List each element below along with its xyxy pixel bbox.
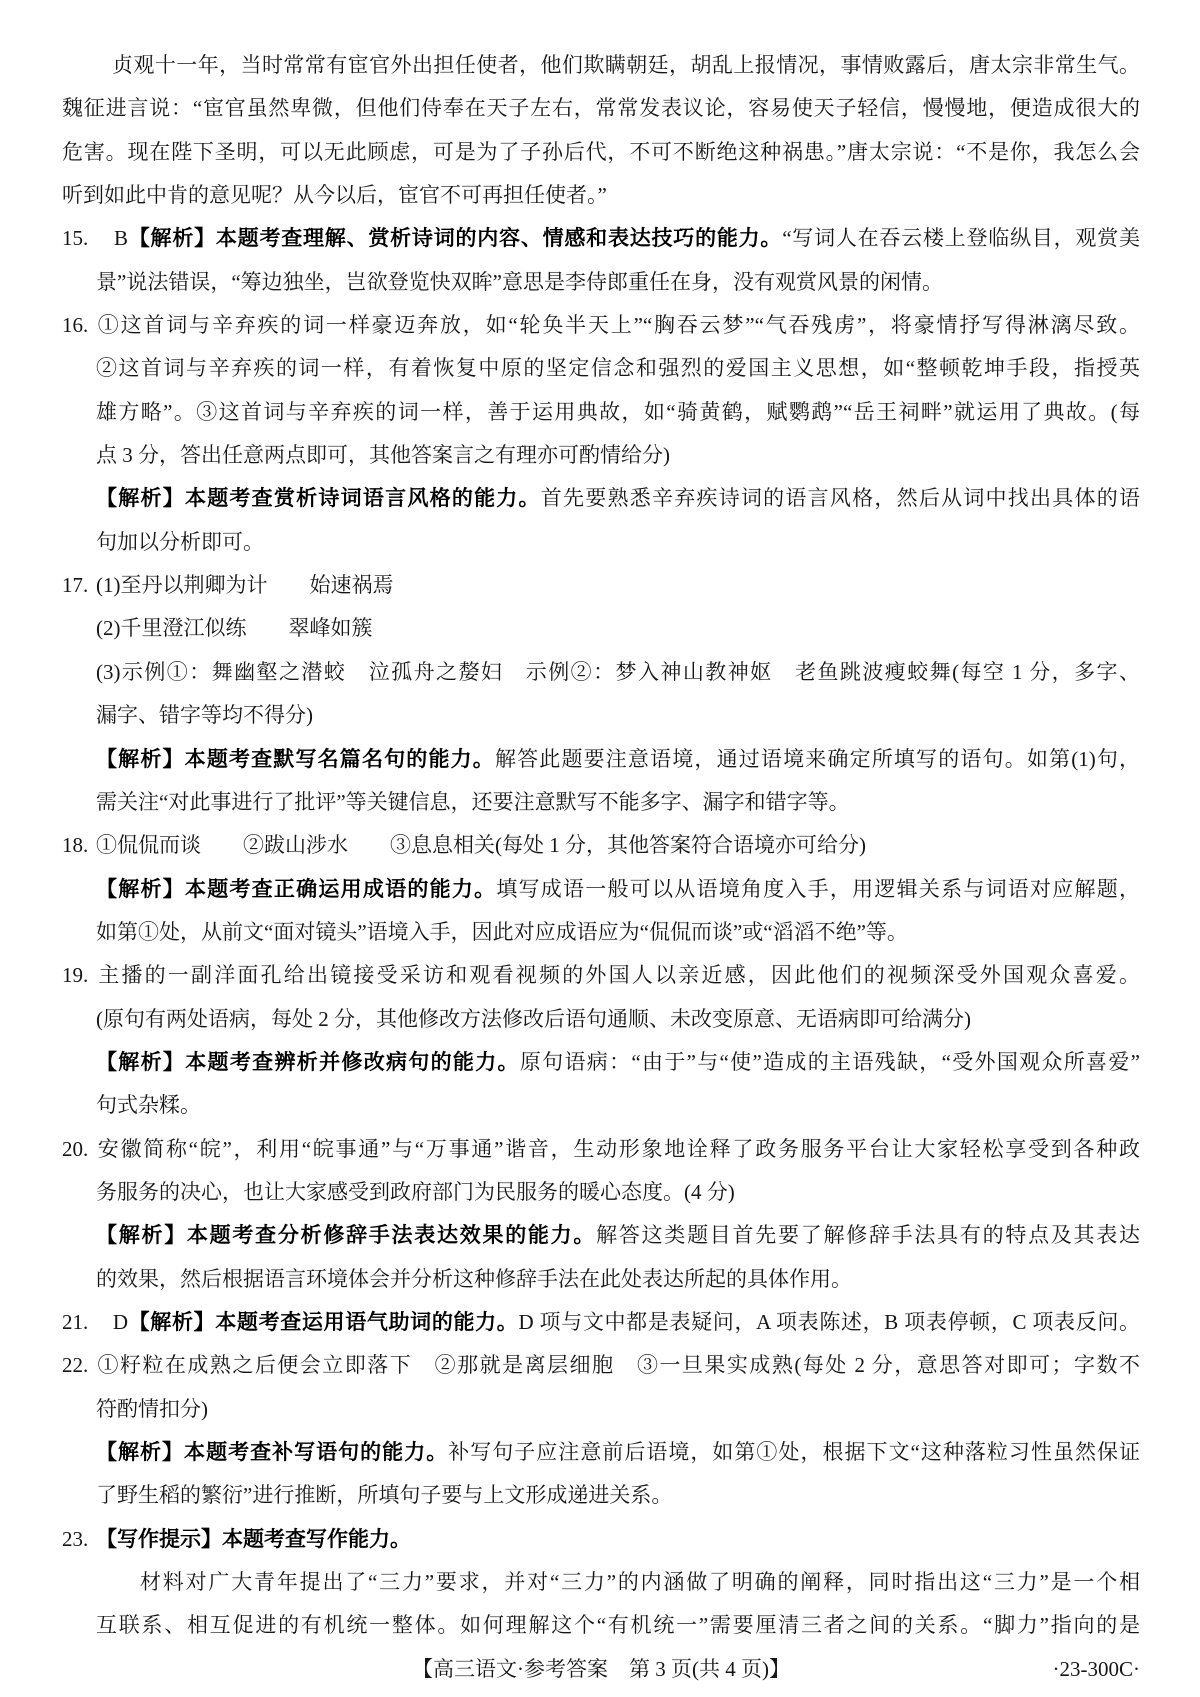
answer-key-page: 贞观十一年，当时常常有宦官外出担任使者，他们欺瞒朝廷，胡乱上报情况，事情败露后，… [0,0,1200,1697]
line-text: (原句有两处语病，每处 2 分，其他修改方法修改后语句通顺、未改变原意、无语病即… [96,1007,971,1031]
line-text: ①侃侃而谈 ②跋山涉水 ③息息相关(每处 1 分，其他答案符合语境亦可给分) [96,833,866,857]
item23-line-2: 材料对广大青年提出了“三力”要求，并对“三力”的内涵做了明确的阐释，同时指出这“… [96,1561,1140,1604]
line-text: 雄方略”。③这首词与辛弃疾的词一样，善于运用典故，如“骑黄鹤，赋鹦鹉”“岳王祠畔… [96,400,1140,424]
item-number: 22. [62,1344,96,1387]
line-text: ①籽粒在成熟之后便会立即落下 ②那就是离层细胞 ③一旦果实成熟(每处 2 分，意… [96,1353,1140,1377]
footer-page-info: 【高三语文·参考答案 第 3 页(共 4 页)】 [412,1657,790,1681]
item16-line-3: 雄方略”。③这首词与辛弃疾的词一样，善于运用典故，如“骑黄鹤，赋鹦鹉”“岳王祠畔… [96,391,1140,434]
line-text: 贞观十一年，当时常常有宦官外出担任使者，他们欺瞒朝廷，胡乱上报情况，事情败露后，… [112,53,1140,77]
item15-line-2: 景”说法错误，“筹边独坐，岂欲登览快双眸”意思是李侍郎重任在身，没有观赏风景的闲… [96,261,1140,304]
line-text: (2)千里澄江似练 翠峰如簇 [96,616,373,640]
line-text: 首先要熟悉辛弃疾诗词的语言风格，然后从词中找出具体的语 [541,486,1140,510]
line-text: 危害。现在陛下圣明，可以无此顾虑，可是为了子孙后代，不可不断绝这种祸患。”唐太宗… [62,140,1140,164]
item16-line-1: 16.①这首词与辛弃疾的词一样豪迈奔放，如“轮奂半天上”“胸吞云梦”“气吞残虏”… [62,304,1140,347]
line-text: ②这首词与辛弃疾的词一样，有着恢复中原的坚定信念和强烈的爱国主义思想，如“整顿乾… [96,356,1140,380]
line-text: 解答此题要注意语境，通过语境来确定所填写的语句。如第(1)句， [495,747,1140,771]
item16-line-2: ②这首词与辛弃疾的词一样，有着恢复中原的坚定信念和强烈的爱国主义思想，如“整顿乾… [96,347,1140,390]
line-text: (3)示例①：舞幽壑之潜蛟 泣孤舟之嫠妇 示例②：梦入神山教神妪 老鱼跳波瘦蛟舞… [96,660,1140,684]
item21-line-1: 21. D【解析】本题考查运用语气助词的能力。D 项与文中都是表疑问，A 项表陈… [62,1301,1140,1344]
intro-translation-line-3: 危害。现在陛下圣明，可以无此顾虑，可是为了子孙后代，不可不断绝这种祸患。”唐太宗… [62,131,1140,174]
line-text: 解答这类题目首先要了解修辞手法具有的特点及其表达 [596,1223,1140,1247]
line-text: 主播的一副洋面孔给出镜接受采访和观看视频的外国人以亲近感，因此他们的视频深受外国… [96,963,1140,987]
line-text: 漏字、错字等均不得分) [96,703,313,727]
item-number: 18. [62,824,96,867]
analysis-heading: 【解析】本题考查分析修辞手法表达效果的能力。 [96,1223,596,1247]
item-number: 19. [62,954,96,997]
line-text: 符酌情扣分) [96,1397,208,1421]
analysis-heading: 【解析】本题考查正确运用成语的能力。 [96,877,496,901]
item20-line-1: 20.安徽简称“皖”，利用“皖事通”与“万事通”谐音，生动形象地诠释了政务服务平… [62,1128,1140,1171]
analysis-heading: 【解析】本题考查辨析并修改病句的能力。 [96,1050,520,1074]
item18-analysis-line-1: 【解析】本题考查正确运用成语的能力。填写成语一般可以从语境角度入手，用逻辑关系与… [96,868,1140,911]
line-text: 句加以分析即可。 [96,530,264,554]
item-number: 16. [62,304,96,347]
line-text: 景”说法错误，“筹边独坐，岂欲登览快双眸”意思是李侍郎重任在身，没有观赏风景的闲… [96,270,943,294]
item19-line-1: 19.主播的一副洋面孔给出镜接受采访和观看视频的外国人以亲近感，因此他们的视频深… [62,954,1140,997]
line-text: 句式杂糅。 [96,1093,201,1117]
item16-analysis-line-2: 句加以分析即可。 [96,521,1140,564]
line-text: (1)至丹以荆卿为计 始速祸焉 [96,573,394,597]
analysis-heading: 【解析】本题考查理解、赏析诗词的内容、情感和表达技巧的能力。 [128,226,782,250]
line-text: 需关注“对此事进行了批评”等关键信息，还要注意默写不能多字、漏字和错字等。 [96,790,850,814]
line-text: “写词人在吞云楼上登临纵目，观赏美 [782,226,1140,250]
item22-analysis-line-2: 了野生稻的繁衍”进行推断，所填句子要与上文形成递进关系。 [96,1474,1140,1517]
intro-translation-line-1: 贞观十一年，当时常常有宦官外出担任使者，他们欺瞒朝廷，胡乱上报情况，事情败露后，… [62,44,1140,87]
item17-analysis-line-2: 需关注“对此事进行了批评”等关键信息，还要注意默写不能多字、漏字和错字等。 [96,781,1140,824]
intro-translation-line-4: 听到如此中肯的意见呢？从今以后，宦官不可再担任使者。” [62,174,1140,217]
item22-line-2: 符酌情扣分) [96,1388,1140,1431]
line-text: 如第①处，从前文“面对镜头”语境入手，因此对应成语应为“侃侃而谈”或“滔滔不绝”… [96,920,908,944]
item18-line-1: 18.①侃侃而谈 ②跋山涉水 ③息息相关(每处 1 分，其他答案符合语境亦可给分… [62,824,1140,867]
line-text: 务服务的决心，也让大家感受到政府部门为民服务的暖心态度。(4 分) [96,1180,735,1204]
item-number: 17. [62,564,96,607]
line-text: 听到如此中肯的意见呢？从今以后，宦官不可再担任使者。” [62,183,607,207]
item20-analysis-line-1: 【解析】本题考查分析修辞手法表达效果的能力。解答这类题目首先要了解修辞手法具有的… [96,1214,1140,1257]
line-text: 互联系、相互促进的有机统一整体。如何理解这个“有机统一”需要厘清三者之间的关系。… [96,1613,1140,1637]
page-footer: 【高三语文·参考答案 第 3 页(共 4 页)】 ·23-300C· [62,1648,1140,1691]
item17-line-2: (2)千里澄江似练 翠峰如簇 [96,607,1140,650]
analysis-heading: 【解析】本题考查默写名篇名句的能力。 [96,747,495,771]
analysis-heading: 【解析】本题考查补写语句的能力。 [96,1440,448,1464]
item23-line-3: 互联系、相互促进的有机统一整体。如何理解这个“有机统一”需要厘清三者之间的关系。… [96,1604,1140,1647]
item18-analysis-line-2: 如第①处，从前文“面对镜头”语境入手，因此对应成语应为“侃侃而谈”或“滔滔不绝”… [96,911,1140,954]
footer-paper-code: ·23-300C· [1053,1648,1141,1691]
item19-analysis-line-2: 句式杂糅。 [96,1084,1140,1127]
item20-analysis-line-2: 的效果，然后根据语言环境体会并分析这种修辞手法在此处表达所起的具体作用。 [96,1258,1140,1301]
analysis-heading: 【解析】本题考查赏析诗词语言风格的能力。 [96,486,541,510]
item17-line-4: 漏字、错字等均不得分) [96,694,1140,737]
analysis-heading: 【解析】本题考查运用语气助词的能力。 [128,1310,518,1334]
line-text: 原句语病：“由于”与“使”造成的主语残缺，“受外国观众所喜爱” [520,1050,1140,1074]
item16-line-4: 点 3 分，答出任意两点即可，其他答案言之有理亦可酌情给分) [96,434,1140,477]
line-text: 了野生稻的繁衍”进行推断，所填句子要与上文形成递进关系。 [96,1483,672,1507]
item19-line-2: (原句有两处语病，每处 2 分，其他修改方法修改后语句通顺、未改变原意、无语病即… [96,998,1140,1041]
item23-line-1: 23.【写作提示】本题考查写作能力。 [62,1518,1140,1561]
line-text: D 项与文中都是表疑问，A 项表陈述，B 项表停顿，C 项表反问。 [518,1310,1140,1334]
line-text: 材料对广大青年提出了“三力”要求，并对“三力”的内涵做了明确的阐释，同时指出这“… [140,1570,1140,1594]
item19-analysis-line-1: 【解析】本题考查辨析并修改病句的能力。原句语病：“由于”与“使”造成的主语残缺，… [96,1041,1140,1084]
line-text: 安徽简称“皖”，利用“皖事通”与“万事通”谐音，生动形象地诠释了政务服务平台让大… [96,1137,1140,1161]
line-text: 点 3 分，答出任意两点即可，其他答案言之有理亦可酌情给分) [96,443,670,467]
item22-analysis-line-1: 【解析】本题考查补写语句的能力。补写句子应注意前后语境，如第①处，根据下文“这种… [96,1431,1140,1474]
item15-line-1: 15. B【解析】本题考查理解、赏析诗词的内容、情感和表达技巧的能力。“写词人在… [62,217,1140,260]
item-number: 23. [62,1518,96,1561]
item16-analysis-line-1: 【解析】本题考查赏析诗词语言风格的能力。首先要熟悉辛弃疾诗词的语言风格，然后从词… [96,477,1140,520]
writing-hint-heading: 【写作提示】本题考查写作能力。 [96,1527,411,1551]
line-text: 的效果，然后根据语言环境体会并分析这种修辞手法在此处表达所起的具体作用。 [96,1267,852,1291]
item17-line-3: (3)示例①：舞幽壑之潜蛟 泣孤舟之嫠妇 示例②：梦入神山教神妪 老鱼跳波瘦蛟舞… [96,651,1140,694]
item-number: 20. [62,1128,96,1171]
item20-line-2: 务服务的决心，也让大家感受到政府部门为民服务的暖心态度。(4 分) [96,1171,1140,1214]
item22-line-1: 22.①籽粒在成熟之后便会立即落下 ②那就是离层细胞 ③一旦果实成熟(每处 2 … [62,1344,1140,1387]
line-text: ①这首词与辛弃疾的词一样豪迈奔放，如“轮奂半天上”“胸吞云梦”“气吞残虏”，将豪… [96,313,1140,337]
item-number: 15. B [62,217,128,260]
item-number: 21. D [62,1301,128,1344]
item17-line-1: 17.(1)至丹以荆卿为计 始速祸焉 [62,564,1140,607]
line-text: 魏征进言说：“宦官虽然卑微，但他们侍奉在天子左右，常常发表议论，容易使天子轻信，… [62,96,1140,120]
line-text: 补写句子应注意前后语境，如第①处，根据下文“这种落粒习性虽然保证 [448,1440,1140,1464]
intro-translation-line-2: 魏征进言说：“宦官虽然卑微，但他们侍奉在天子左右，常常发表议论，容易使天子轻信，… [62,87,1140,130]
line-text: 填写成语一般可以从语境角度入手，用逻辑关系与词语对应解题， [496,877,1140,901]
item17-analysis-line-1: 【解析】本题考查默写名篇名句的能力。解答此题要注意语境，通过语境来确定所填写的语… [96,738,1140,781]
